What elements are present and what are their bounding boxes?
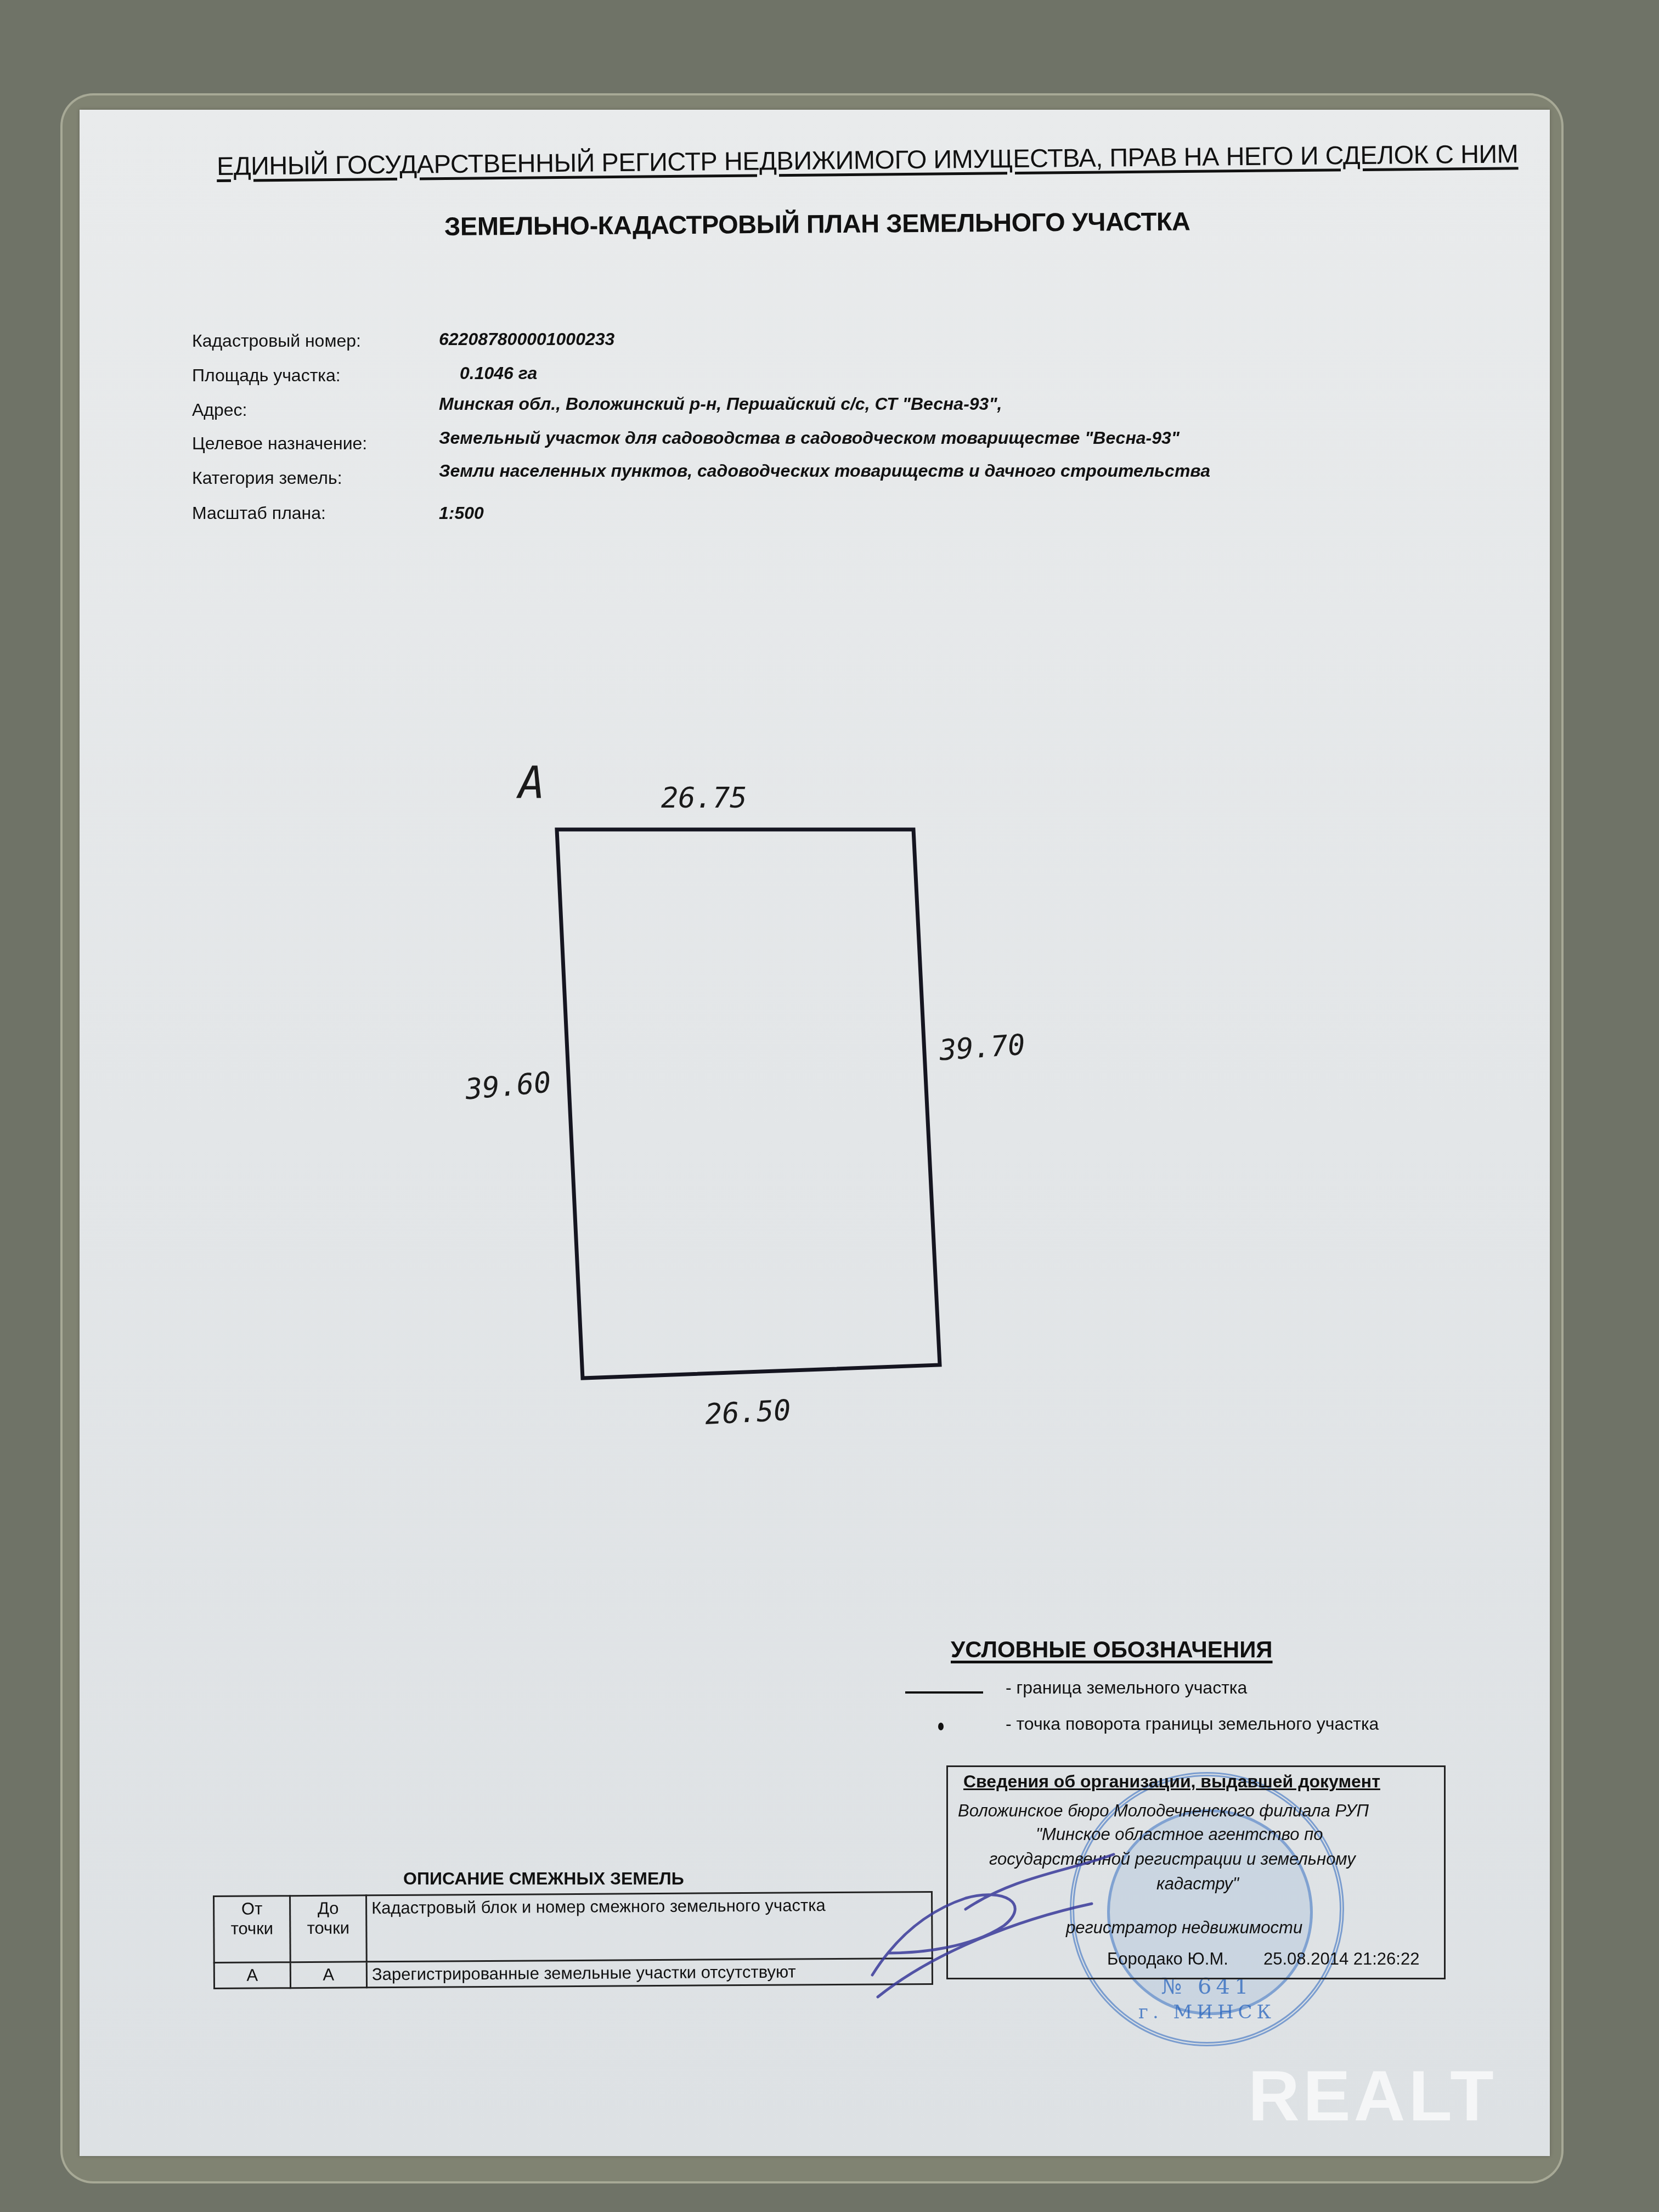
- realt-watermark-logo: REALT: [1248, 2055, 1497, 2137]
- signature-icon: [0, 0, 1659, 2212]
